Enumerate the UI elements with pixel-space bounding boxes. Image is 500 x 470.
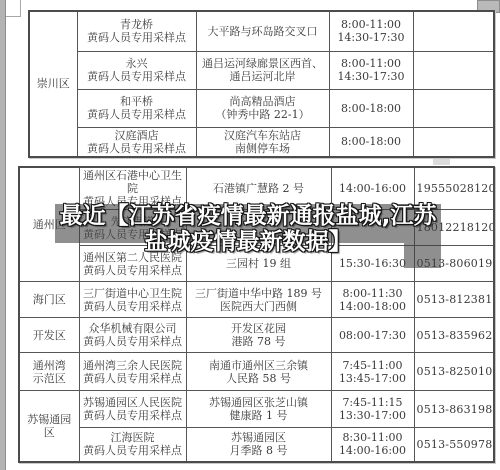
time-cell: 8:00-11:3014:00-18:00 [331, 282, 414, 318]
address-cell: 苏锡通园区张芝山镇健康路 1 号 [186, 391, 331, 428]
phone-cell: 0513-55097888 [414, 428, 494, 462]
document-page: { "overlay": { "line1": "最近【江苏省疫情最新通报盐城,… [0, 0, 500, 470]
table-row: 永兴黄码人员专用采样点 通吕运河绿廊景区西首、通吕运河北岸 8:00-11:00… [29, 51, 494, 89]
site-cell: 江海医院黄码人员专用采样点 [79, 428, 186, 462]
time-cell: 8:00-18:00 [329, 89, 413, 127]
phone-cell: 0513-82501077 [414, 353, 494, 391]
table-row: 苏锡通园区 苏锡通园区人民医院黄码人员专用采样点 苏锡通园区张芝山镇健康路 1 … [19, 391, 494, 428]
page-corner-top-left [6, 0, 21, 17]
phone-cell [413, 89, 494, 127]
site-cell: 青龙桥黄码人员专用采样点 [77, 11, 196, 51]
site-cell: 汉庭酒店黄码人员专用采样点 [77, 127, 196, 157]
site-cell: 通州湾三余人民医院黄码人员专用采样点 [79, 353, 186, 391]
table-row: 和平桥黄码人员专用采样点 尚高精品酒店（钟秀中路 22-1） 8:00-18:0… [29, 89, 494, 127]
title-overlay-background [55, 204, 404, 243]
phone-cell: 0513-83596220 [414, 318, 494, 353]
time-cell: 7:45-11:1513:30-17:00 [331, 391, 414, 428]
phone-cell [413, 51, 494, 89]
district-cell: 海门区 [19, 282, 79, 318]
time-cell: 8:00-11:0014:30-17:30 [329, 51, 413, 89]
site-cell: 永兴黄码人员专用采样点 [77, 51, 196, 89]
time-cell: 8:00-18:00 [329, 127, 413, 157]
phone-cell [413, 127, 494, 157]
address-cell: 南通市通州区三余镇人民路 58 号 [186, 353, 331, 391]
title-overlay-background-right [404, 204, 441, 268]
site-cell: 众华机械有限公司黄码人员专用采样点 [79, 318, 186, 353]
phone-cell [413, 11, 494, 51]
address-cell: 开发区花园港路 78 号 [186, 318, 331, 353]
site-cell: 三厂街道中心卫生院黄码人员专用采样点 [79, 282, 186, 318]
phone-cell: 0513-81238120 [414, 282, 494, 318]
district-cell: 苏锡通园区 [19, 391, 79, 462]
district-cell: 开发区 [19, 318, 79, 353]
address-cell: 通吕运河绿廊景区西首、通吕运河北岸 [196, 51, 329, 89]
address-cell: 苏锡通园区月季路 8 号 [186, 428, 331, 462]
site-cell: 和平桥黄码人员专用采样点 [77, 89, 196, 127]
site-cell: 通州区第二人民医院黄码人员专用采样点 [79, 246, 186, 282]
table-row: 江海医院黄码人员专用采样点 苏锡通园区月季路 8 号 8:30-11:0014:… [19, 428, 494, 462]
page-margin-strip [0, 0, 6, 470]
time-cell: 8:00-11:0014:30-17:30 [329, 11, 413, 51]
time-cell: 7:45-11:0013:45-17:00 [331, 353, 414, 391]
address-cell: 大平路与环岛路交叉口 [196, 11, 329, 51]
table-row: 开发区 众华机械有限公司黄码人员专用采样点 开发区花园港路 78 号 08:00… [19, 318, 494, 353]
district-cell: 通州湾示范区 [19, 353, 79, 391]
address-cell: 三园村 19 组 [186, 246, 331, 282]
address-cell: 三厂街道中华中路 189 号医院西大门西侧 [186, 282, 331, 318]
table-row: 崇川区 青龙桥黄码人员专用采样点 大平路与环岛路交叉口 8:00-11:0014… [29, 11, 494, 51]
time-cell: 08:00-17:30 [331, 318, 414, 353]
address-cell: 尚高精品酒店（钟秀中路 22-1） [196, 89, 329, 127]
time-cell: 15:30-16:30 [331, 246, 414, 282]
site-cell: 苏锡通园区人民医院黄码人员专用采样点 [79, 391, 186, 428]
sampling-table-chongchuan: 崇川区 青龙桥黄码人员专用采样点 大平路与环岛路交叉口 8:00-11:0014… [28, 10, 495, 158]
table-row: 海门区 三厂街道中心卫生院黄码人员专用采样点 三厂街道中华中路 189 号医院西… [19, 282, 494, 318]
address-cell: 汉庭汽车东站店南侧停车场 [196, 127, 329, 157]
table-row: 汉庭酒店黄码人员专用采样点 汉庭汽车东站店南侧停车场 8:00-18:00 [29, 127, 494, 157]
phone-cell: 0513-86319881 [414, 391, 494, 428]
time-cell: 8:30-11:0014:00-16:00 [331, 428, 414, 462]
district-cell: 崇川区 [29, 11, 77, 157]
table-row: 通州湾示范区 通州湾三余人民医院黄码人员专用采样点 南通市通州区三余镇人民路 5… [19, 353, 494, 391]
